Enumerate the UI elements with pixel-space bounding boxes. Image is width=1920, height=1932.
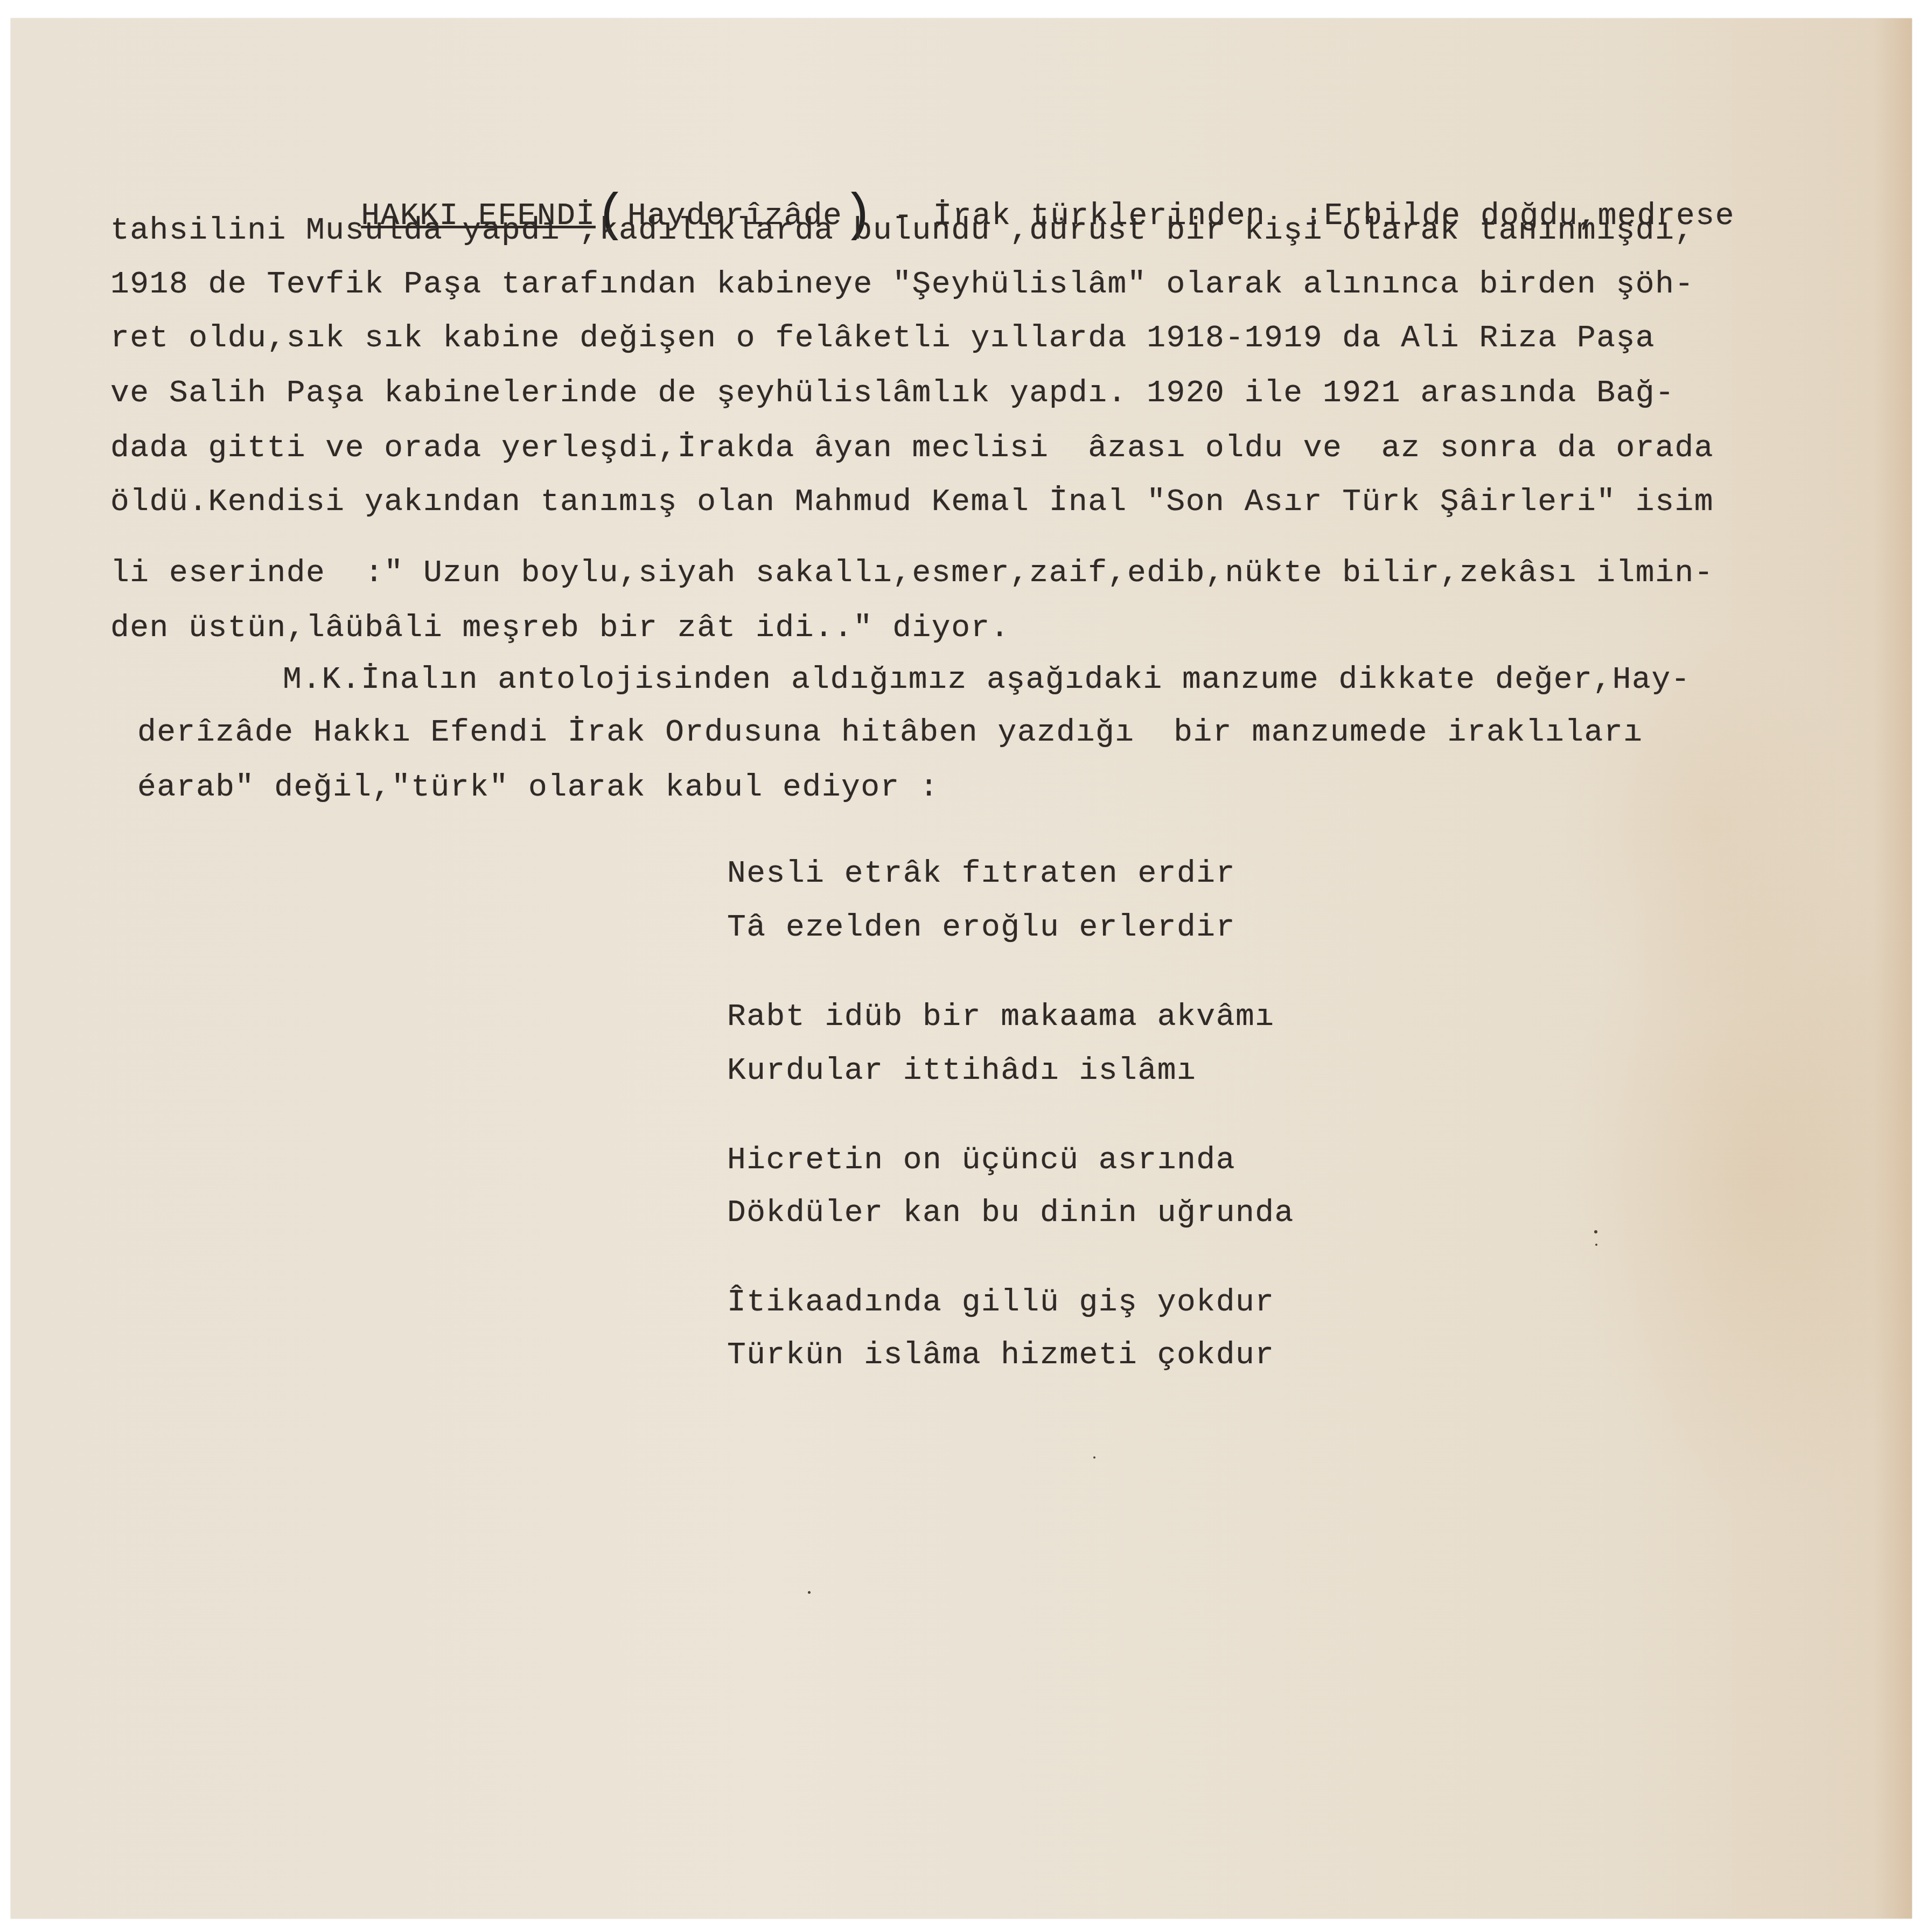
poem-line: Tâ ezelden eroğlu erlerdir bbox=[727, 912, 1235, 944]
poem-line: Rabt idüb bir makaama akvâmı bbox=[727, 1002, 1275, 1033]
poem-line: Kurdular ittihâdı islâmı bbox=[727, 1056, 1196, 1087]
ink-speck bbox=[1595, 1244, 1597, 1246]
poem-line: Dökdüler kan bu dinin uğrunda bbox=[727, 1198, 1294, 1229]
ink-speck bbox=[1093, 1456, 1095, 1459]
typewritten-page: HAKKI EFENDİ(Hayderîzâde) - İrak türkler… bbox=[11, 18, 1912, 1919]
paragraph1-line: 1918 de Tevfik Paşa tarafından kabineye … bbox=[110, 269, 1694, 301]
ink-speck bbox=[808, 1591, 811, 1594]
poem-line: Nesli etrâk fıtraten erdir bbox=[727, 859, 1235, 890]
paragraph2-line: éarab" değil,"türk" olarak kabul ediyor … bbox=[137, 772, 939, 804]
paragraph2-line: derîzâde Hakkı Efendi İrak Ordusuna hitâ… bbox=[137, 717, 1643, 749]
poem-line: Türkün islâma hizmeti çokdur bbox=[727, 1340, 1275, 1371]
paragraph1-line: li eserinde :" Uzun boylu,siyah sakallı,… bbox=[110, 558, 1714, 589]
paragraph1-line: öldü.Kendisi yakından tanımış olan Mahmu… bbox=[110, 487, 1714, 518]
poem-line: Hicretin on üçüncü asrında bbox=[727, 1145, 1235, 1176]
poem-line: Îtikaadında gillü giş yokdur bbox=[727, 1287, 1275, 1319]
paragraph1-line: tahsilini Musulda yapdı ,kadılıklarda bu… bbox=[110, 215, 1694, 247]
paragraph1-line: den üstün,lâübâli meşreb bir zât idi.." … bbox=[110, 613, 1010, 644]
paragraph2-line: M.K.İnalın antolojisinden aldığımız aşağ… bbox=[283, 665, 1691, 696]
ink-speck bbox=[1594, 1230, 1597, 1233]
paragraph1-line: ret oldu,sık sık kabine değişen o felâke… bbox=[110, 323, 1655, 354]
paragraph1-line: ve Salih Paşa kabinelerinde de şeyhülisl… bbox=[110, 378, 1674, 409]
paragraph1-line: dada gitti ve orada yerleşdi,İrakda âyan… bbox=[110, 433, 1714, 464]
